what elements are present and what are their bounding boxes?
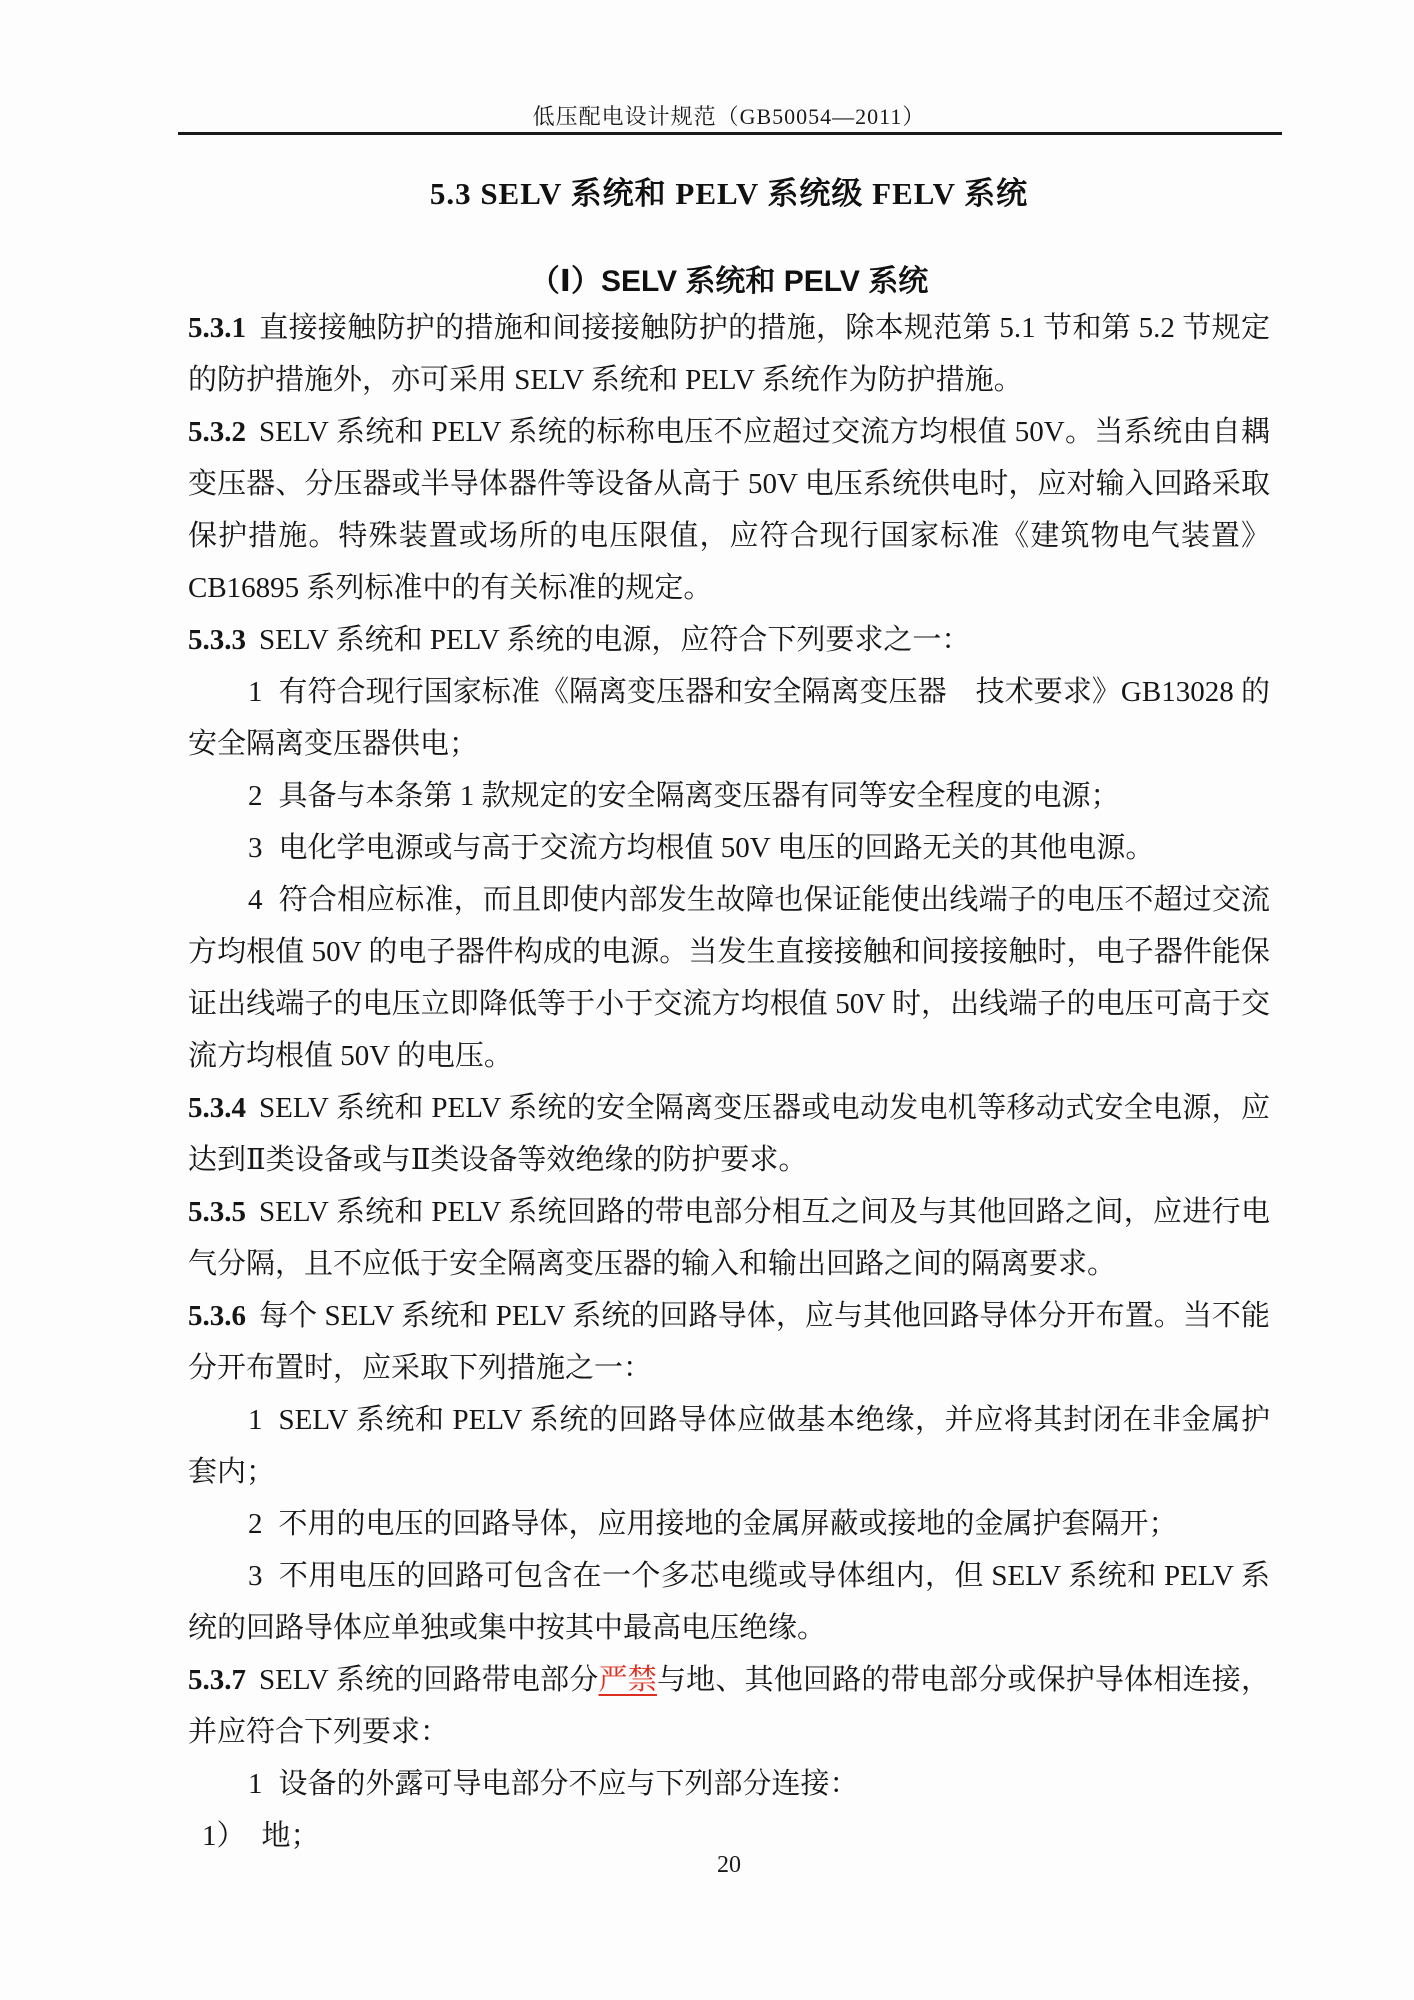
clause-text: 每个 SELV 系统和 PELV 系统的回路导体，应与其他回路导体分开布置。当不… xyxy=(188,1300,1270,1384)
clause-text: SELV 系统和 PELV 系统的标称电压不应超过交流方均根值 50V。当系统由… xyxy=(188,416,1270,604)
clause-text: SELV 系统和 PELV 系统回路的带电部分相互之间及与其他回路之间，应进行电… xyxy=(188,1196,1270,1280)
item-text: 电化学电源或与高于交流方均根值 50V 电压的回路无关的其他电源。 xyxy=(279,832,1155,864)
item-number: 2 xyxy=(248,1508,263,1540)
group-title: （Ⅰ）SELV 系统和 PELV 系统 xyxy=(188,256,1270,300)
clause-number: 5.3.3 xyxy=(188,624,246,656)
item-text: 设备的外露可导电部分不应与下列部分连接： xyxy=(279,1768,859,1800)
item-text: 不用电压的回路可包含在一个多芯电缆或导体组内，但 SELV 系统和 PELV 系… xyxy=(188,1560,1270,1644)
document-body: 5.3.1直接接触防护的措施和间接接触防护的措施，除本规范第 5.1 节和第 5… xyxy=(188,302,1270,1862)
clause-5-3-3-item-1: 1有符合现行国家标准《隔离变压器和安全隔离变压器 技术要求》GB13028 的安… xyxy=(188,666,1270,770)
clause-5-3-6-item-3: 3不用电压的回路可包含在一个多芯电缆或导体组内，但 SELV 系统和 PELV … xyxy=(188,1550,1270,1654)
item-text: SELV 系统和 PELV 系统的回路导体应做基本绝缘，并应将其封闭在非金属护套… xyxy=(188,1404,1270,1488)
item-number: 1 xyxy=(248,676,263,708)
clause-5-3-6-item-1: 1SELV 系统和 PELV 系统的回路导体应做基本绝缘，并应将其封闭在非金属护… xyxy=(188,1394,1270,1498)
clause-5-3-1: 5.3.1直接接触防护的措施和间接接触防护的措施，除本规范第 5.1 节和第 5… xyxy=(188,302,1270,406)
item-number: 3 xyxy=(248,832,263,864)
item-number: 1 xyxy=(248,1768,263,1800)
section-title: 5.3 SELV 系统和 PELV 系统级 FELV 系统 xyxy=(188,168,1270,213)
clause-5-3-4: 5.3.4SELV 系统和 PELV 系统的安全隔离变压器或电动发电机等移动式安… xyxy=(188,1082,1270,1186)
clause-number: 5.3.6 xyxy=(188,1300,246,1332)
clause-text: SELV 系统和 PELV 系统的电源，应符合下列要求之一： xyxy=(259,624,970,656)
running-header: 低压配电设计规范（GB50054—2011） xyxy=(188,100,1270,131)
document-page: 低压配电设计规范（GB50054—2011） 5.3 SELV 系统和 PELV… xyxy=(0,0,1414,2000)
item-number: 4 xyxy=(248,884,263,916)
item-text: 具备与本条第 1 款规定的安全隔离变压器有同等安全程度的电源； xyxy=(279,780,1120,812)
clause-number: 5.3.4 xyxy=(188,1092,246,1124)
clause-5-3-7: 5.3.7SELV 系统的回路带电部分严禁与地、其他回路的带电部分或保护导体相连… xyxy=(188,1654,1270,1758)
clause-5-3-3-item-3: 3电化学电源或与高于交流方均根值 50V 电压的回路无关的其他电源。 xyxy=(188,822,1270,874)
clause-5-3-6-item-2: 2不用的电压的回路导体，应用接地的金属屏蔽或接地的金属护套隔开； xyxy=(188,1498,1270,1550)
header-rule xyxy=(178,132,1282,135)
item-text: 符合相应标准，而且即使内部发生故障也保证能使出线端子的电压不超过交流方均根值 5… xyxy=(188,884,1270,1072)
clause-5-3-6: 5.3.6每个 SELV 系统和 PELV 系统的回路导体，应与其他回路导体分开… xyxy=(188,1290,1270,1394)
clause-number: 5.3.7 xyxy=(188,1664,246,1696)
clause-5-3-7-item-1: 1设备的外露可导电部分不应与下列部分连接： xyxy=(188,1758,1270,1810)
subitem-number: 1） xyxy=(202,1820,246,1852)
clause-5-3-5: 5.3.5SELV 系统和 PELV 系统回路的带电部分相互之间及与其他回路之间… xyxy=(188,1186,1270,1290)
clause-5-3-2: 5.3.2SELV 系统和 PELV 系统的标称电压不应超过交流方均根值 50V… xyxy=(188,406,1270,614)
item-number: 2 xyxy=(248,780,263,812)
clause-5-3-3-item-4: 4符合相应标准，而且即使内部发生故障也保证能使出线端子的电压不超过交流方均根值 … xyxy=(188,874,1270,1082)
forbid-highlight: 严禁 xyxy=(599,1664,657,1696)
subitem-text: 地； xyxy=(262,1820,320,1852)
item-number: 3 xyxy=(248,1560,263,1592)
clause-5-3-3-item-2: 2具备与本条第 1 款规定的安全隔离变压器有同等安全程度的电源； xyxy=(188,770,1270,822)
clause-text: 直接接触防护的措施和间接接触防护的措施，除本规范第 5.1 节和第 5.2 节规… xyxy=(188,312,1270,396)
clause-number: 5.3.1 xyxy=(188,312,246,344)
clause-number: 5.3.5 xyxy=(188,1196,246,1228)
item-text: 不用的电压的回路导体，应用接地的金属屏蔽或接地的金属护套隔开； xyxy=(279,1508,1178,1540)
page-number: 20 xyxy=(188,1852,1270,1879)
item-text: 有符合现行国家标准《隔离变压器和安全隔离变压器 技术要求》GB13028 的安全… xyxy=(188,676,1270,760)
clause-number: 5.3.2 xyxy=(188,416,246,448)
clause-5-3-3: 5.3.3SELV 系统和 PELV 系统的电源，应符合下列要求之一： xyxy=(188,614,1270,666)
clause-text-before: SELV 系统的回路带电部分 xyxy=(259,1664,599,1696)
clause-text: SELV 系统和 PELV 系统的安全隔离变压器或电动发电机等移动式安全电源，应… xyxy=(188,1092,1270,1176)
item-number: 1 xyxy=(248,1404,263,1436)
